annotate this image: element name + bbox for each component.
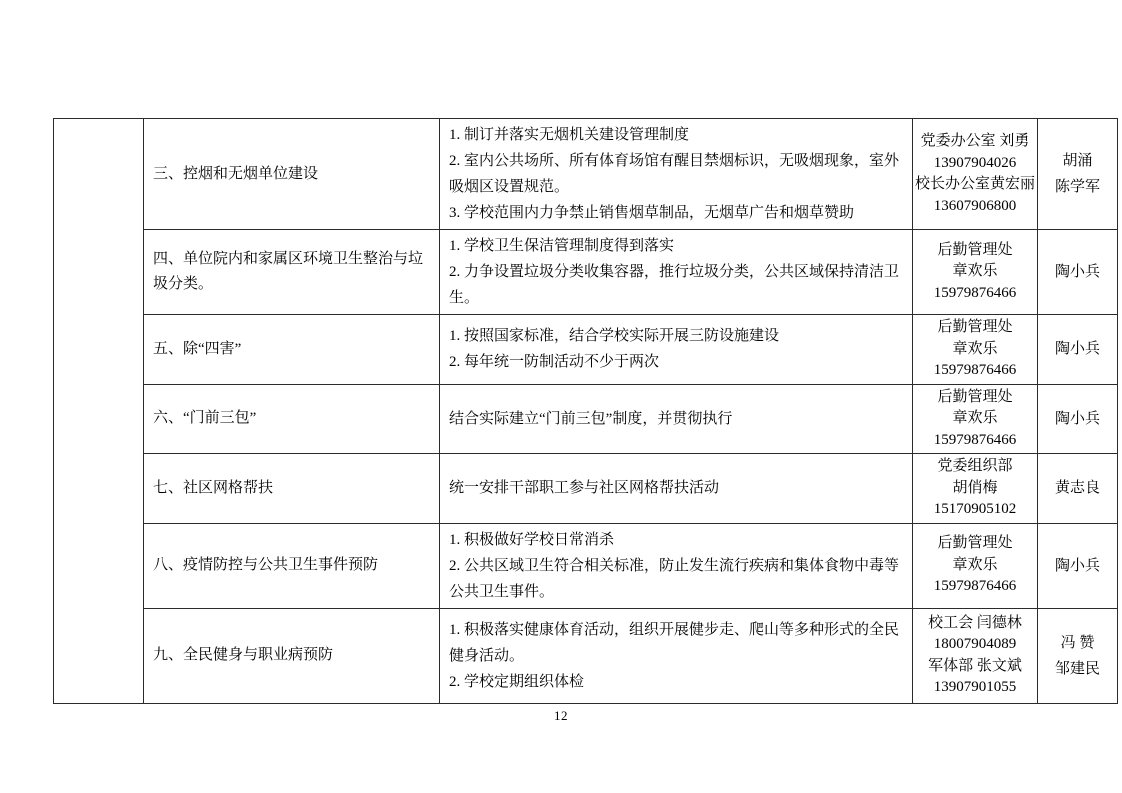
- contact-line: 章欢乐: [915, 339, 1035, 361]
- table-row: 三、控烟和无烟单位建设1. 制订并落实无烟机关建设管理制度2. 室内公共场所、所…: [54, 119, 1118, 230]
- responsible-name: 陶小兵: [1040, 336, 1115, 362]
- responsible-cell: 胡涌陈学军: [1038, 119, 1118, 230]
- measures-cell: 1. 学校卫生保洁管理制度得到落实2. 力争设置垃圾分类收集容器，推行垃圾分类，…: [440, 230, 913, 315]
- measure-line: 2. 室内公共场所、所有体育场馆有醒目禁烟标识，无吸烟现象，室外吸烟区设置规范。: [449, 148, 904, 200]
- task-label: 八、疫情防控与公共卫生事件预防: [153, 553, 433, 578]
- contact-line: 后勤管理处: [915, 533, 1035, 555]
- contact-cell: 后勤管理处章欢乐15979876466: [913, 384, 1038, 454]
- contact-line: 后勤管理处: [915, 387, 1035, 409]
- task-cell: 五、除“四害”: [144, 315, 440, 385]
- task-cell: 九、全民健身与职业病预防: [144, 608, 440, 703]
- responsible-cell: 黄志良: [1038, 454, 1118, 524]
- table-row: 四、单位院内和家属区环境卫生整治与垃圾分类。1. 学校卫生保洁管理制度得到落实2…: [54, 230, 1118, 315]
- table-body: 三、控烟和无烟单位建设1. 制订并落实无烟机关建设管理制度2. 室内公共场所、所…: [54, 119, 1118, 704]
- left-margin-cell: [54, 119, 144, 704]
- responsible-name: 邹建民: [1040, 656, 1115, 682]
- responsible-name: 陶小兵: [1040, 259, 1115, 285]
- contact-cell: 党委组织部胡俏梅15170905102: [913, 454, 1038, 524]
- contact-cell: 校工会 闫德林18007904089军体部 张文斌13907901055: [913, 608, 1038, 703]
- responsible-name: 陶小兵: [1040, 406, 1115, 432]
- measure-line: 2. 学校定期组织体检: [449, 669, 904, 695]
- contact-cell: 后勤管理处章欢乐15979876466: [913, 315, 1038, 385]
- contact-line: 章欢乐: [915, 408, 1035, 430]
- measure-line: 1. 按照国家标准，结合学校实际开展三防设施建设: [449, 323, 904, 349]
- measure-line: 2. 力争设置垃圾分类收集容器，推行垃圾分类，公共区域保持清洁卫生。: [449, 259, 904, 311]
- task-cell: 四、单位院内和家属区环境卫生整治与垃圾分类。: [144, 230, 440, 315]
- contact-line: 校工会 闫德林: [915, 613, 1035, 635]
- table-row: 八、疫情防控与公共卫生事件预防1. 积极做好学校日常消杀2. 公共区域卫生符合相…: [54, 523, 1118, 608]
- measure-line: 1. 积极做好学校日常消杀: [449, 527, 904, 553]
- contact-line: 15979876466: [915, 283, 1035, 305]
- responsible-cell: 陶小兵: [1038, 315, 1118, 385]
- responsible-cell: 陶小兵: [1038, 230, 1118, 315]
- contact-line: 党委组织部: [915, 456, 1035, 478]
- table-row: 五、除“四害”1. 按照国家标准，结合学校实际开展三防设施建设2. 每年统一防制…: [54, 315, 1118, 385]
- measures-cell: 统一安排干部职工参与社区网格帮扶活动: [440, 454, 913, 524]
- responsible-name: 黄志良: [1040, 475, 1115, 501]
- responsible-cell: 陶小兵: [1038, 384, 1118, 454]
- task-label: 四、单位院内和家属区环境卫生整治与垃圾分类。: [153, 247, 433, 297]
- task-cell: 七、社区网格帮扶: [144, 454, 440, 524]
- contact-cell: 后勤管理处章欢乐15979876466: [913, 230, 1038, 315]
- contact-line: 校长办公室黄宏丽: [915, 174, 1035, 196]
- contact-line: 15170905102: [915, 499, 1035, 521]
- table-row: 六、“门前三包”结合实际建立“门前三包”制度，并贯彻执行后勤管理处章欢乐1597…: [54, 384, 1118, 454]
- task-label: 九、全民健身与职业病预防: [153, 643, 433, 668]
- responsible-name: 陈学军: [1040, 174, 1115, 200]
- measure-line: 2. 每年统一防制活动不少于两次: [449, 349, 904, 375]
- contact-line: 章欢乐: [915, 261, 1035, 283]
- measures-cell: 1. 按照国家标准，结合学校实际开展三防设施建设2. 每年统一防制活动不少于两次: [440, 315, 913, 385]
- contact-line: 13607906800: [915, 196, 1035, 218]
- measure-line: 1. 积极落实健康体育活动，组织开展健步走、爬山等多种形式的全民健身活动。: [449, 617, 904, 669]
- contact-line: 军体部 张文斌: [915, 656, 1035, 678]
- measure-line: 2. 公共区域卫生符合相关标准，防止发生流行疾病和集体食物中毒等公共卫生事件。: [449, 553, 904, 605]
- responsible-cell: 冯 赞邹建民: [1038, 608, 1118, 703]
- measure-line: 1. 制订并落实无烟机关建设管理制度: [449, 122, 904, 148]
- responsible-cell: 陶小兵: [1038, 523, 1118, 608]
- task-cell: 八、疫情防控与公共卫生事件预防: [144, 523, 440, 608]
- measure-line: 1. 学校卫生保洁管理制度得到落实: [449, 233, 904, 259]
- responsible-name: 胡涌: [1040, 148, 1115, 174]
- contact-line: 后勤管理处: [915, 240, 1035, 262]
- contact-line: 18007904089: [915, 634, 1035, 656]
- measures-cell: 1. 制订并落实无烟机关建设管理制度2. 室内公共场所、所有体育场馆有醒目禁烟标…: [440, 119, 913, 230]
- contact-line: 15979876466: [915, 430, 1035, 452]
- task-cell: 三、控烟和无烟单位建设: [144, 119, 440, 230]
- contact-line: 13907904026: [915, 153, 1035, 175]
- responsible-name: 冯 赞: [1040, 630, 1115, 656]
- measure-line: 统一安排干部职工参与社区网格帮扶活动: [449, 475, 904, 501]
- table-row: 九、全民健身与职业病预防1. 积极落实健康体育活动，组织开展健步走、爬山等多种形…: [54, 608, 1118, 703]
- contact-line: 15979876466: [915, 360, 1035, 382]
- measure-line: 结合实际建立“门前三包”制度，并贯彻执行: [449, 406, 904, 432]
- contact-line: 15979876466: [915, 576, 1035, 598]
- contact-line: 13907901055: [915, 677, 1035, 699]
- page-number: 12: [0, 708, 1122, 724]
- task-label: 三、控烟和无烟单位建设: [153, 162, 433, 187]
- measures-cell: 结合实际建立“门前三包”制度，并贯彻执行: [440, 384, 913, 454]
- contact-line: 党委办公室 刘勇: [915, 131, 1035, 153]
- measures-cell: 1. 积极做好学校日常消杀2. 公共区域卫生符合相关标准，防止发生流行疾病和集体…: [440, 523, 913, 608]
- responsible-name: 陶小兵: [1040, 553, 1115, 579]
- contact-cell: 后勤管理处章欢乐15979876466: [913, 523, 1038, 608]
- contact-line: 胡俏梅: [915, 478, 1035, 500]
- task-label: 六、“门前三包”: [153, 406, 433, 431]
- task-label: 五、除“四害”: [153, 337, 433, 362]
- table-row: 七、社区网格帮扶统一安排干部职工参与社区网格帮扶活动党委组织部胡俏梅151709…: [54, 454, 1118, 524]
- contact-cell: 党委办公室 刘勇13907904026校长办公室黄宏丽13607906800: [913, 119, 1038, 230]
- health-tasks-table: 三、控烟和无烟单位建设1. 制订并落实无烟机关建设管理制度2. 室内公共场所、所…: [53, 118, 1118, 704]
- contact-line: 章欢乐: [915, 555, 1035, 577]
- contact-line: 后勤管理处: [915, 317, 1035, 339]
- measures-cell: 1. 积极落实健康体育活动，组织开展健步走、爬山等多种形式的全民健身活动。2. …: [440, 608, 913, 703]
- task-label: 七、社区网格帮扶: [153, 476, 433, 501]
- measure-line: 3. 学校范围内力争禁止销售烟草制品，无烟草广告和烟草赞助: [449, 200, 904, 226]
- task-cell: 六、“门前三包”: [144, 384, 440, 454]
